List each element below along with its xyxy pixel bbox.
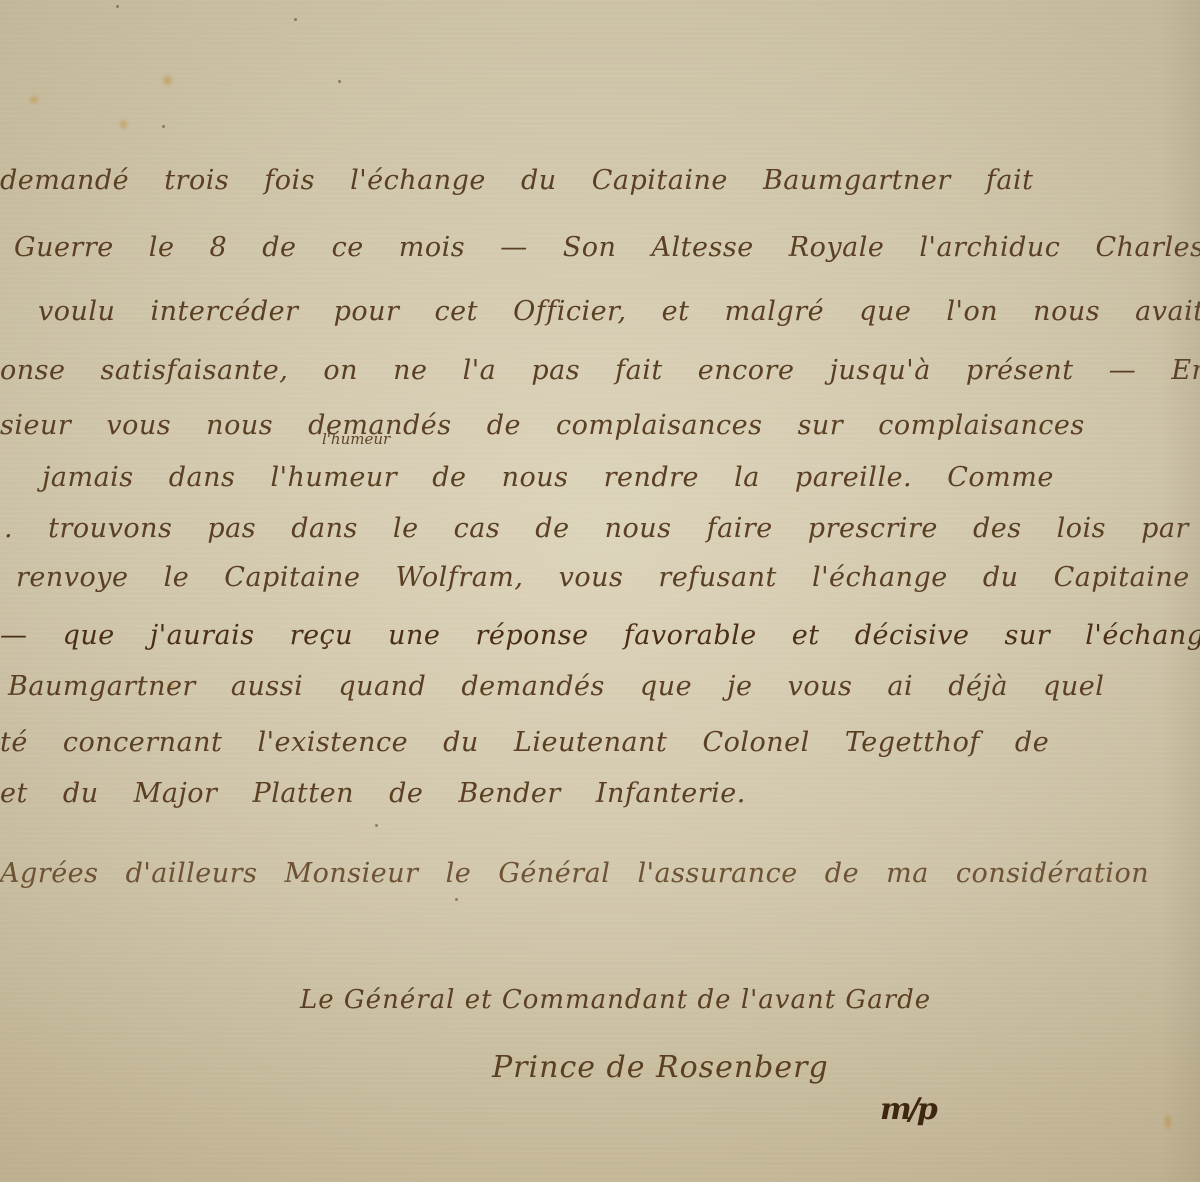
letter-line: . trouvons pas dans le cas de nous faire…	[4, 513, 1200, 544]
letter-line: Guerre le 8 de ce mois — Son Altesse Roy…	[14, 232, 1200, 263]
age-spot	[30, 96, 38, 103]
ink-fleck	[375, 824, 378, 827]
letter-line: demandé trois fois l'échange du Capitain…	[0, 165, 1033, 196]
letter-closing-formula: Agrées d'ailleurs Monsieur le Général l'…	[0, 858, 1149, 889]
letter-line: té concernant l'existence du Lieutenant …	[0, 727, 1049, 758]
letter-line: sieur vous nous demandés de complaisance…	[0, 410, 1085, 441]
signatory-title: Le Général et Commandant de l'avant Gard…	[300, 985, 931, 1015]
letter-line: — que j'aurais reçu une réponse favorabl…	[0, 620, 1200, 651]
ink-fleck	[162, 125, 165, 128]
interlinear-insertion: l'humeur	[322, 430, 390, 448]
age-spot	[120, 120, 127, 129]
ink-fleck	[455, 898, 458, 901]
letter-line: Baumgartner aussi quand demandés que je …	[8, 671, 1104, 702]
letter-line: jamais dans l'humeur de nous rendre la p…	[42, 462, 1054, 493]
document-page: demandé trois fois l'échange du Capitain…	[0, 0, 1200, 1182]
age-spot	[163, 76, 172, 85]
ink-fleck	[294, 18, 297, 21]
ink-fleck	[116, 5, 119, 8]
signature-paraph: m/p	[880, 1092, 935, 1127]
letter-line: voulu intercéder pour cet Officier, et m…	[38, 296, 1200, 327]
signature: Prince de Rosenberg	[492, 1050, 829, 1085]
ink-fleck	[338, 80, 341, 83]
letter-line: renvoye le Capitaine Wolfram, vous refus…	[16, 562, 1190, 593]
page-edge-shadow	[1160, 0, 1200, 1182]
letter-line: et du Major Platten de Bender Infanterie…	[0, 778, 746, 809]
letter-line: onse satisfaisante, on ne l'a pas fait e…	[0, 355, 1200, 386]
